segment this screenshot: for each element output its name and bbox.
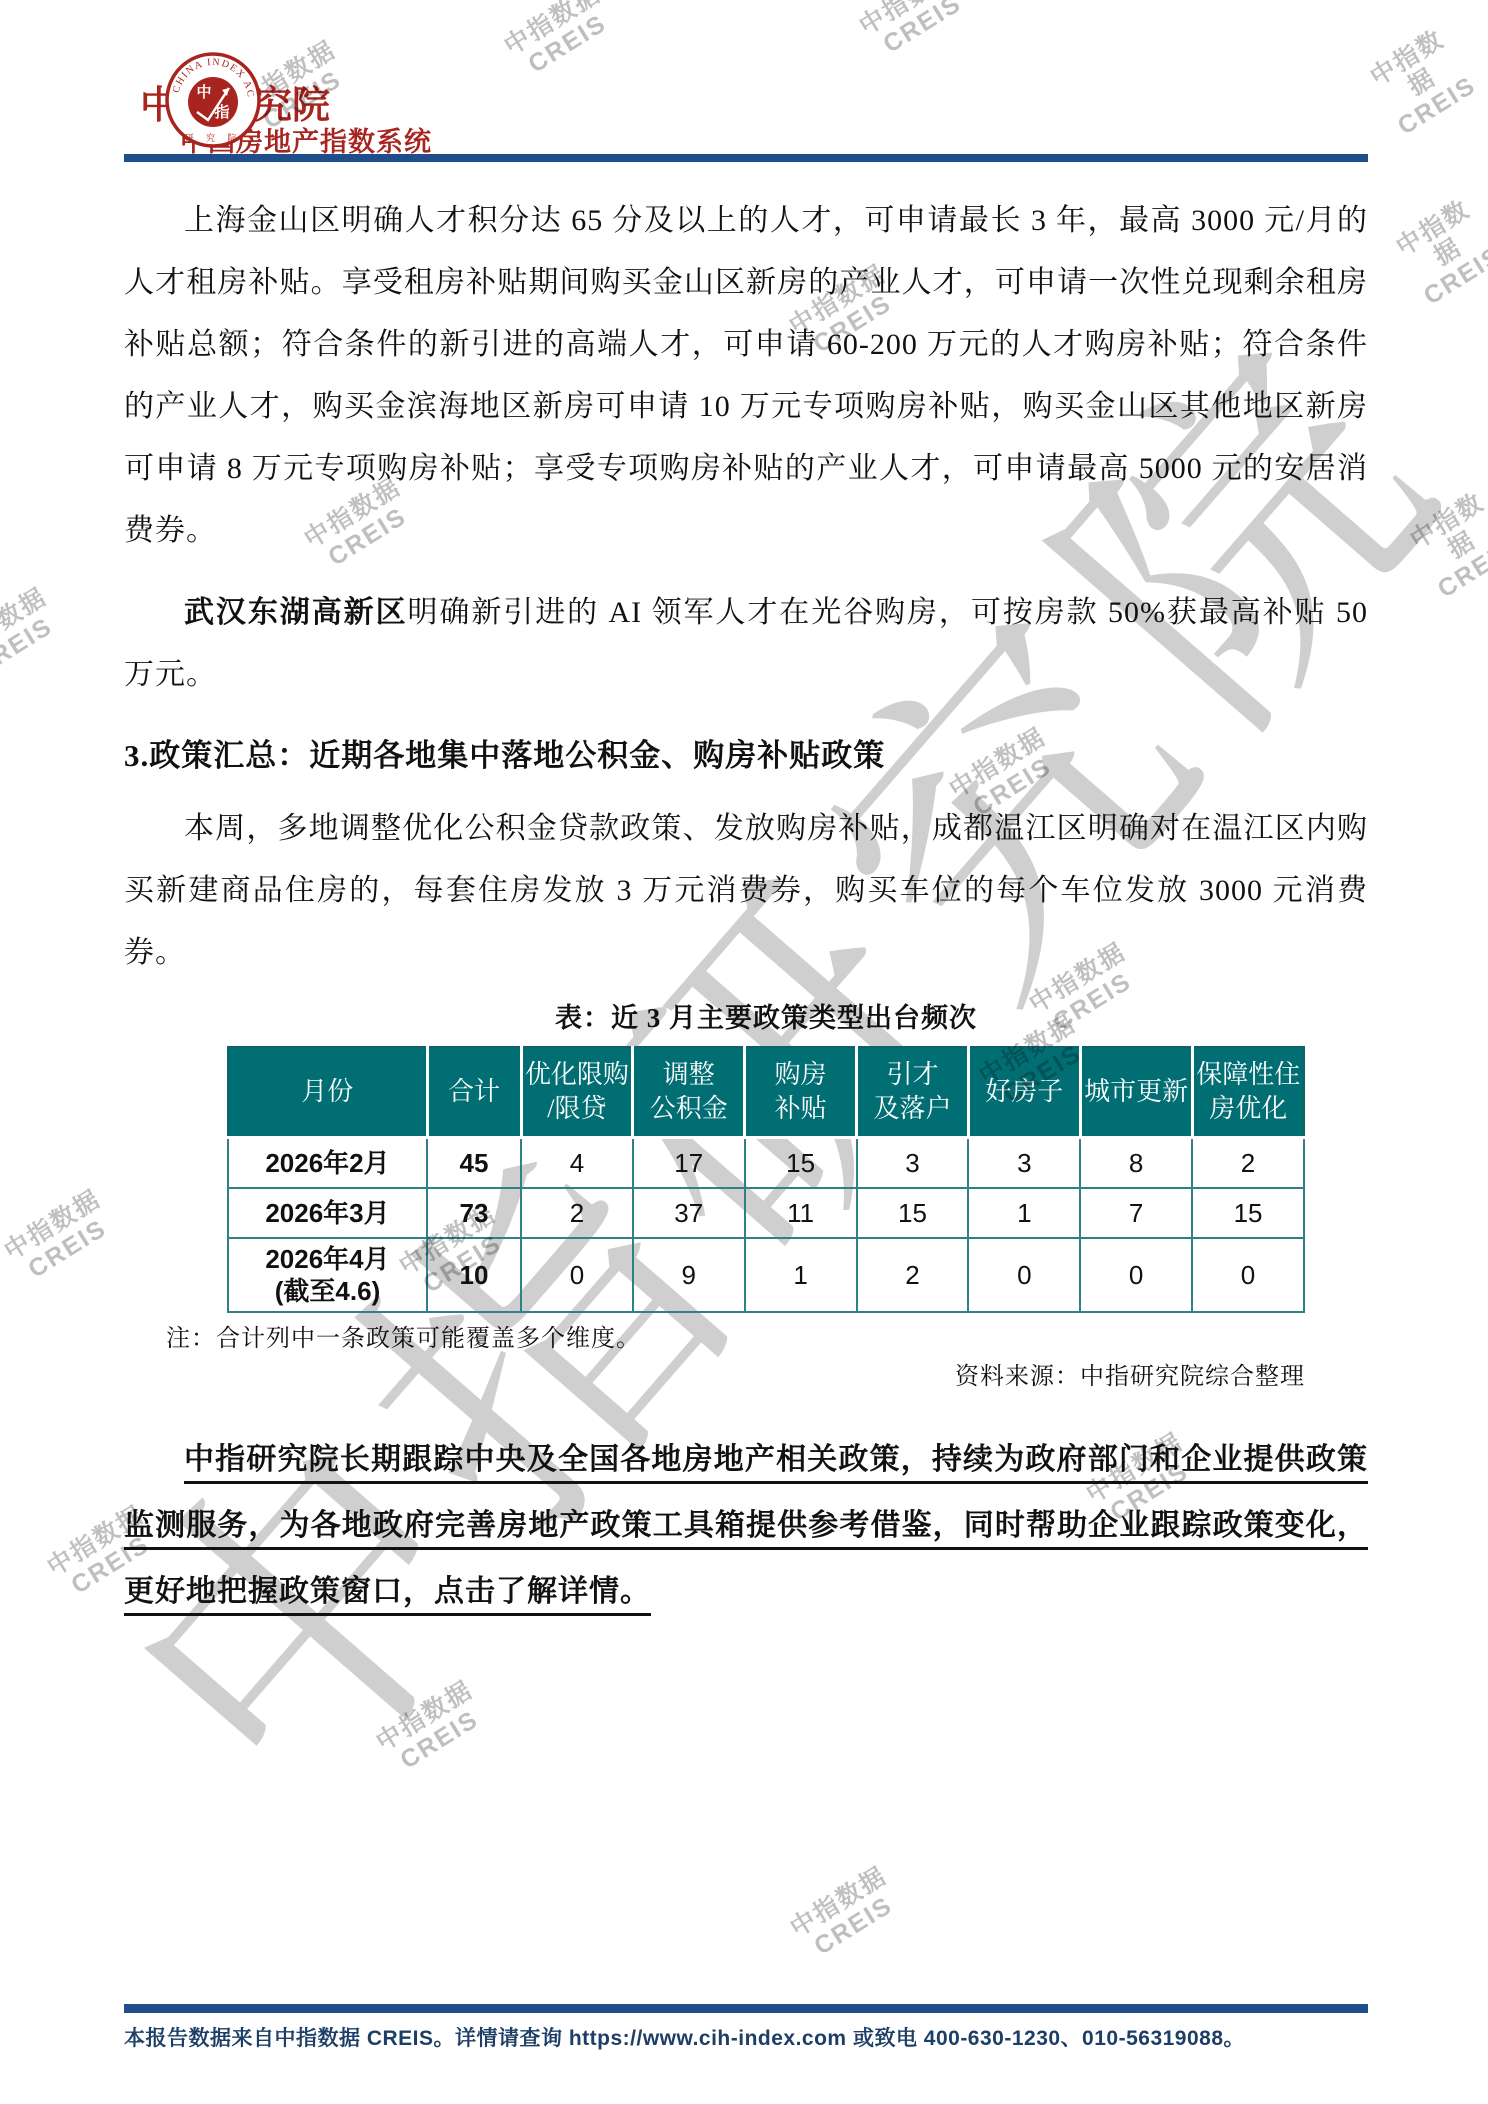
cell-value: 37 (633, 1188, 745, 1238)
col-header-housing-fund: 调整 公积金 (633, 1047, 745, 1138)
report-page: 中指研究院 中指研究院 CHINA INDEX ACADEMY 中 指 研 究 … (0, 0, 1488, 2104)
footer-post: 或致电 400-630-1230、010-56319088。 (847, 2027, 1245, 2050)
svg-text:中: 中 (196, 84, 211, 101)
footer-rule (124, 2004, 1368, 2013)
cta-details-link[interactable]: 点击了解详情。 (434, 1575, 651, 1608)
table-row: 2026年2月 45 4 17 15 3 3 8 2 (228, 1138, 1304, 1189)
paragraph-shanghai-jinshan: 上海金山区明确人才积分达 65 分及以上的人才，可申请最长 3 年，最高 300… (124, 190, 1368, 562)
section-heading-policy-summary: 3.政策汇总：近期各地集中落地公积金、购房补贴政策 (124, 734, 1368, 778)
cell-month: 2026年4月 (截至4.6) (228, 1238, 427, 1312)
footer-text: 本报告数据来自中指数据 CREIS。详情请查询 https://www.cih-… (124, 2022, 1368, 2052)
paragraph-weekly-summary: 本周，多地调整优化公积金贷款政策、发放购房补贴，成都温江区明确对在温江区内购买新… (124, 798, 1368, 984)
col-header-purchase-subsidy: 购房 补贴 (745, 1047, 857, 1138)
cell-value: 2 (521, 1188, 633, 1238)
cell-value: 1 (745, 1238, 857, 1312)
footer-pre: 本报告数据来自中指数据 CREIS。详情请查询 (124, 2027, 569, 2050)
table-source: 资料来源：中指研究院综合整理 (227, 1361, 1305, 1393)
watermark-creis: 中指数据 CREIS (854, 0, 975, 64)
cell-value: 15 (745, 1138, 857, 1189)
cell-total: 73 (427, 1188, 521, 1238)
cell-value: 2 (1192, 1138, 1304, 1189)
watermark-creis: 中指数据 CREIS (371, 1676, 492, 1781)
cell-value: 1 (968, 1188, 1080, 1238)
cell-month: 2026年3月 (228, 1188, 427, 1238)
cell-value: 3 (857, 1138, 969, 1189)
col-header-talent-settlement: 引才 及落户 (857, 1047, 969, 1138)
cell-value: 0 (1192, 1238, 1304, 1312)
cell-value: 0 (968, 1238, 1080, 1312)
cell-total: 10 (427, 1238, 521, 1312)
content-area: 上海金山区明确人才积分达 65 分及以上的人才，可申请最长 3 年，最高 300… (124, 190, 1368, 1655)
cell-value: 7 (1080, 1188, 1192, 1238)
col-header-urban-renewal: 城市更新 (1080, 1047, 1192, 1138)
china-index-academy-logo: CHINA INDEX ACADEMY 中 指 研 究 院 (163, 50, 263, 150)
cell-value: 0 (521, 1238, 633, 1312)
cell-total: 45 (427, 1138, 521, 1189)
col-header-affordable-housing: 保障性住 房优化 (1192, 1047, 1304, 1138)
table-header-row: 月份 合计 优化限购 /限贷 调整 公积金 购房 补贴 引才 及落户 好房子 城… (228, 1047, 1304, 1138)
col-header-purchase-restriction: 优化限购 /限贷 (521, 1047, 633, 1138)
watermark-creis: 中指数据 CREIS (1403, 486, 1488, 603)
watermark-creis: 中指数据 CREIS (499, 0, 620, 84)
cell-value: 8 (1080, 1138, 1192, 1189)
cell-value: 11 (745, 1188, 857, 1238)
watermark-creis: 中指数据 CREIS (1389, 193, 1488, 310)
cell-value: 2 (857, 1238, 969, 1312)
cell-value: 3 (968, 1138, 1080, 1189)
footer-url-link[interactable]: https://www.cih-index.com (569, 2027, 847, 2050)
col-header-month: 月份 (228, 1047, 427, 1138)
cta-text: 中指研究院长期跟踪中央及全国各地房地产相关政策，持续为政府部门和企业提供政策监测… (124, 1443, 1368, 1608)
logo-bottom-text: 研 究 院 (185, 132, 242, 143)
table-title: 表：近 3 月主要政策类型出台频次 (227, 1000, 1305, 1036)
table-note: 注：合计列中一条政策可能覆盖多个维度。 (166, 1323, 1368, 1355)
col-header-good-housing: 好房子 (968, 1047, 1080, 1138)
cell-value: 15 (857, 1188, 969, 1238)
watermark-creis: 中指数据 CREIS (785, 1862, 906, 1967)
paragraph-wuhan-lead: 武汉东湖高新区 (184, 596, 408, 629)
paragraph-wuhan: 武汉东湖高新区明确新引进的 AI 领军人才在光谷购房，可按房款 50%获最高补贴… (124, 582, 1368, 706)
policy-frequency-table: 月份 合计 优化限购 /限贷 调整 公积金 购房 补贴 引才 及落户 好房子 城… (227, 1046, 1305, 1313)
watermark-creis: 中指数据 CREIS (0, 1185, 121, 1290)
watermark-creis: 中指数据 CREIS (1363, 23, 1481, 140)
cell-value: 0 (1080, 1238, 1192, 1312)
table-row: 2026年4月 (截至4.6) 10 0 9 1 2 0 0 0 (228, 1238, 1304, 1312)
cell-value: 17 (633, 1138, 745, 1189)
cell-month: 2026年2月 (228, 1138, 427, 1189)
watermark-creis: 中指数据 CREIS (0, 583, 67, 688)
cell-value: 9 (633, 1238, 745, 1312)
cell-value: 15 (1192, 1188, 1304, 1238)
col-header-total: 合计 (427, 1047, 521, 1138)
cell-value: 4 (521, 1138, 633, 1189)
table-row: 2026年3月 73 2 37 11 15 1 7 15 (228, 1188, 1304, 1238)
cta-paragraph: 中指研究院长期跟踪中央及全国各地房地产相关政策，持续为政府部门和企业提供政策监测… (124, 1427, 1368, 1625)
